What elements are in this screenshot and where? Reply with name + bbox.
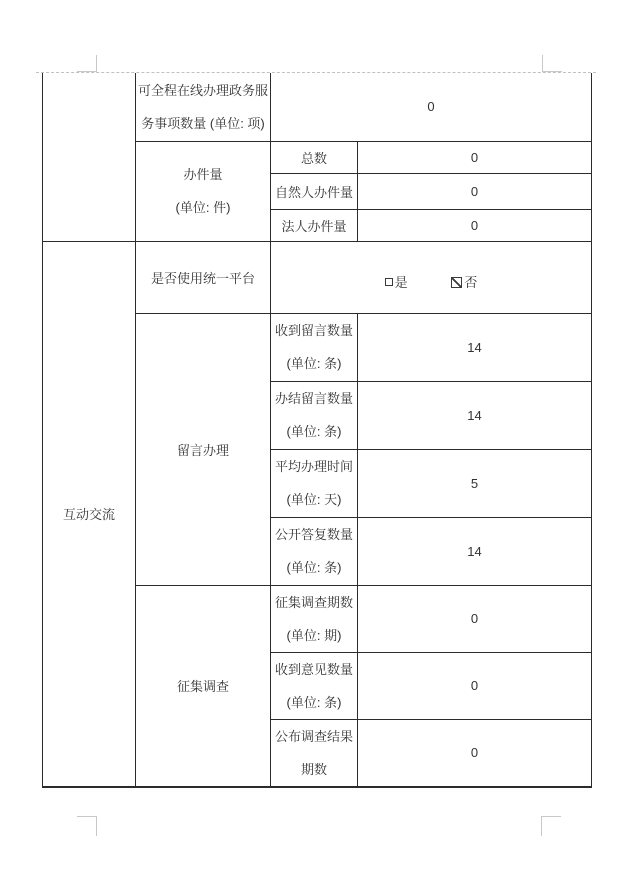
cell-volume-total-value: 0 [358,141,592,173]
label-line2: 期数 [271,753,357,786]
cell-survey-periods-label: 征集调查期数 (单位: 期) [271,585,358,652]
cell-messages-group-label: 留言办理 [136,313,271,585]
cell-survey-opinions-value: 0 [358,652,592,719]
cell-messages-completed-label: 办结留言数量 (单位: 条) [271,381,358,449]
label-line1: 收到留言数量 [271,314,357,347]
label-line1: 公开答复数量 [271,518,357,551]
cell-survey-opinions-label: 收到意见数量 (单位: 条) [271,652,358,719]
cell-volume-legal-value: 0 [358,209,592,241]
label-line2: (单位: 条) [271,686,357,719]
margin-mark-top-right-horizontal [542,71,562,72]
label-line2: (单位: 期) [271,619,357,652]
volume-label-line2: (单位: 件) [136,191,270,224]
margin-mark-bottom-left-horizontal [77,816,97,817]
platform-options-row: 是 否 [271,263,591,291]
margin-mark-top-left-vertical [96,55,97,72]
label-line1: 办结留言数量 [271,382,357,415]
platform-option-yes[interactable]: 是 [385,272,408,291]
cell-section-continuation-empty [43,73,136,241]
cell-messages-received-value: 14 [358,313,592,381]
platform-yes-label: 是 [395,275,408,290]
cell-volume-legal-label: 法人办件量 [271,209,358,241]
cell-messages-avgtime-value: 5 [358,449,592,517]
volume-label-line1: 办件量 [136,158,270,191]
cell-messages-received-label: 收到留言数量 (单位: 条) [271,313,358,381]
checkbox-yes-unchecked-icon[interactable] [385,278,393,286]
cell-survey-group-label: 征集调查 [136,585,271,787]
cell-survey-periods-value: 0 [358,585,592,652]
cell-messages-replies-label: 公开答复数量 (单位: 条) [271,517,358,585]
cell-messages-completed-value: 14 [358,381,592,449]
platform-no-label: 否 [464,275,477,290]
label-line1: 征集调查期数 [271,586,357,619]
margin-mark-bottom-right-vertical [541,816,542,836]
cell-volume-group-label: 办件量 (单位: 件) [136,141,271,241]
cell-messages-avgtime-label: 平均办理时间 (单位: 天) [271,449,358,517]
cell-platform-options: 是 否 [271,241,592,313]
label-line1: 平均办理时间 [271,450,357,483]
label-line2: (单位: 条) [271,347,357,380]
statistics-table: 可全程在线办理政务服务事项数量 (单位: 项) 0 办件量 (单位: 件) 总数… [42,73,592,788]
cell-survey-results-value: 0 [358,719,592,787]
label-line1: 收到意见数量 [271,653,357,686]
cell-online-items-value: 0 [271,73,592,141]
label-line2: (单位: 天) [271,483,357,516]
cell-volume-total-label: 总数 [271,141,358,173]
margin-mark-top-left-horizontal [77,71,97,72]
cell-volume-natural-label: 自然人办件量 [271,173,358,209]
margin-mark-bottom-right-horizontal [541,816,561,817]
cell-survey-results-label: 公布调查结果 期数 [271,719,358,787]
cell-interaction-section-label: 互动交流 [43,241,136,787]
cell-volume-natural-value: 0 [358,173,592,209]
label-line1: 公布调查结果 [271,720,357,753]
cell-messages-replies-value: 14 [358,517,592,585]
margin-mark-top-right-vertical [542,55,543,72]
checkbox-no-checked-icon[interactable] [451,277,462,288]
cell-platform-label: 是否使用统一平台 [136,241,271,313]
margin-mark-bottom-left-vertical [96,816,97,836]
document-page: 可全程在线办理政务服务事项数量 (单位: 项) 0 办件量 (单位: 件) 总数… [0,0,636,873]
cell-online-items-label: 可全程在线办理政务服务事项数量 (单位: 项) [136,73,271,141]
label-line2: (单位: 条) [271,551,357,584]
platform-option-no[interactable]: 否 [451,272,477,291]
label-line2: (单位: 条) [271,415,357,448]
